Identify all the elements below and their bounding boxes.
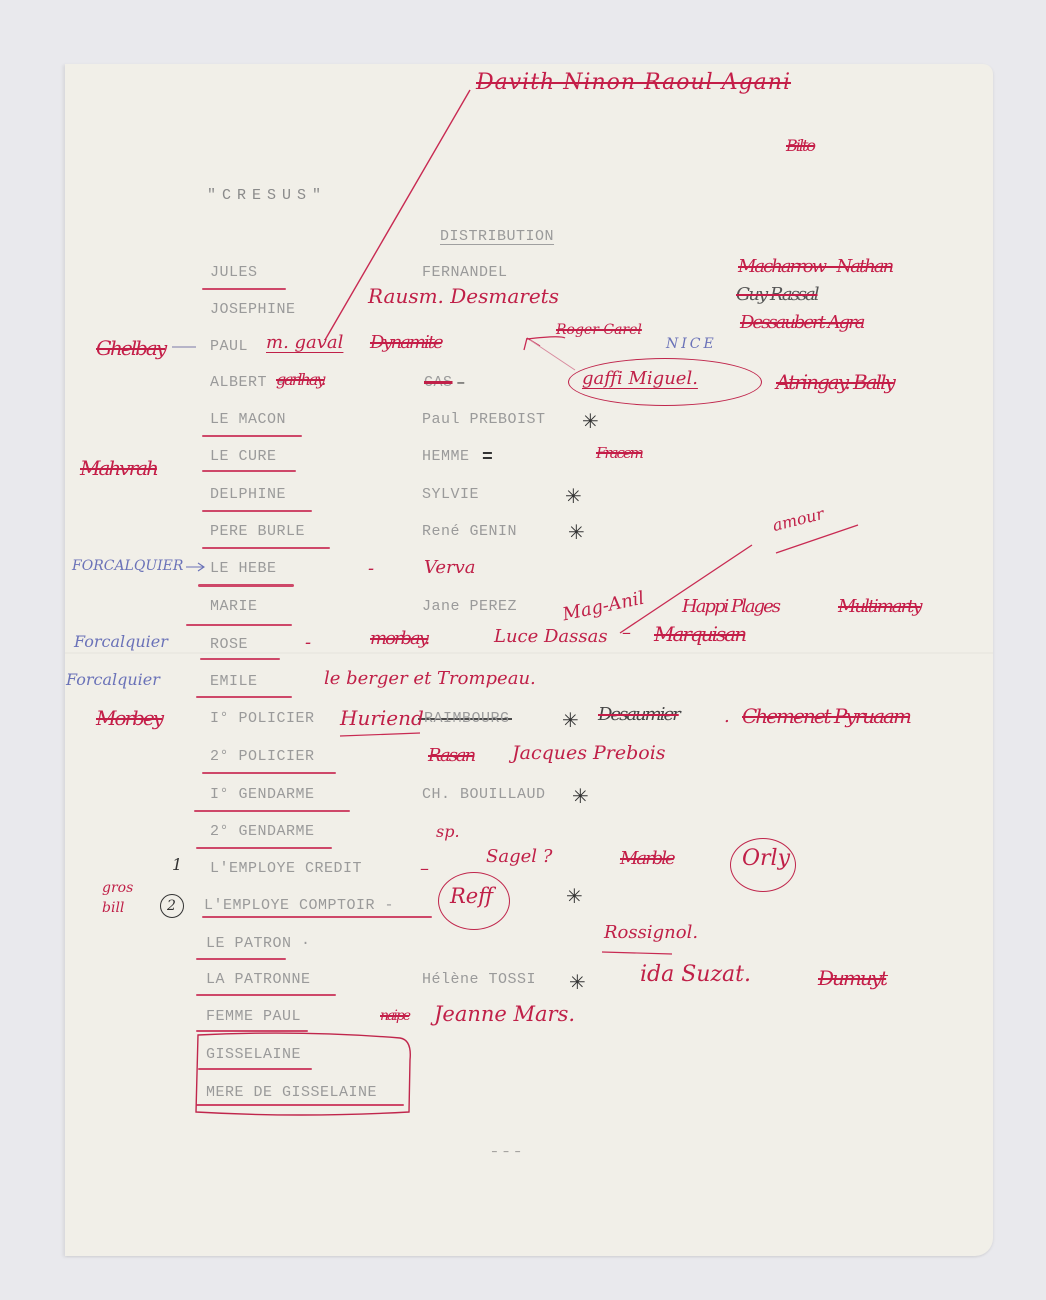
note-hebe: Verva [424, 557, 476, 578]
circle-mark [730, 838, 796, 892]
note-sp: sp. [436, 822, 460, 841]
dash: - [368, 558, 374, 579]
actor-fernandel: FERNANDEL [422, 264, 508, 281]
struck-note-top: Davith Ninon Raoul Agani [476, 70, 791, 95]
note-credit-struck: Marble [620, 848, 674, 869]
role-femme-paul: FEMME PAUL [206, 1008, 301, 1025]
role-la-patronne: LA PATRONNE [206, 971, 311, 988]
note-femme-paul-struck: naipe [380, 1008, 409, 1024]
note-sagel: Sagel ? [486, 846, 552, 867]
note-right-struck-3: Dessaubert Agra [740, 312, 863, 333]
note-emile: le berger et Trompeau. [324, 668, 536, 689]
note-forcalquier-3: Forcalquier [66, 670, 160, 689]
role-paul: PAUL [210, 338, 248, 355]
note-policier-struck-2: Chemenet Pyruaam [742, 704, 910, 728]
note-left-struck-3: Morbey [96, 706, 162, 730]
note-rose: Luce Dassas [494, 626, 608, 647]
role-underline [196, 994, 336, 996]
note-femme-paul: Jeanne Mars. [434, 1002, 575, 1026]
actor-bouillaud: CH. BOUILLAUD [422, 786, 546, 803]
role-emile: EMILE [210, 673, 258, 690]
asterisk-mark: ✳ [572, 784, 589, 808]
role-underline [200, 658, 280, 660]
note-policier-1: Huriend [340, 706, 424, 730]
role-pere-burle: PERE BURLE [210, 523, 305, 540]
role-le-hebe: LE HEBE [210, 560, 277, 577]
role-policier-2: 2° POLICIER [210, 748, 315, 765]
role-underline [198, 1068, 312, 1070]
role-underline [202, 470, 296, 472]
role-underline [186, 624, 292, 626]
note-ida-struck: Dumuyt [818, 966, 886, 990]
note-forcalquier-2: Forcalquier [74, 632, 168, 651]
actor-hemme: HEMME [422, 448, 470, 465]
role-josephine: JOSEPHINE [210, 301, 296, 318]
role-underline [194, 810, 350, 812]
asterisk-mark: ✳ [566, 884, 583, 908]
note-policier-2: Jacques Prebois [512, 742, 666, 764]
note-policier-2-struck: Rasan [428, 745, 474, 766]
role-employe-credit: L'EMPLOYE CREDIT [210, 860, 362, 877]
asterisk-mark: ✳ [565, 484, 582, 508]
role-gendarme-1: I° GENDARME [210, 786, 315, 803]
role-albert: ALBERT - [210, 374, 286, 391]
actor-raimbourg: RAIMBOURG [424, 710, 510, 727]
actor-preboist: Paul PREBOIST [422, 411, 546, 428]
role-mere-gisselaine: MERE DE GISSELAINE [206, 1084, 377, 1101]
asterisk-mark: ✳ [582, 409, 599, 433]
role-marie: MARIE [210, 598, 258, 615]
note-policier-struck-1: Desaumier [598, 704, 679, 725]
role-le-patron: LE PATRON · [206, 935, 311, 952]
note-right-struck-2: Guy Rassal [736, 284, 818, 305]
note-left-struck-1: Ghelbay [96, 336, 165, 360]
actor-genin: René GENIN [422, 523, 517, 540]
struck-note-top-2: Bilto [786, 136, 814, 155]
asterisk-mark: ✳ [569, 970, 586, 994]
role-underline [202, 547, 330, 549]
role-underline [198, 584, 294, 587]
role-underline [202, 288, 286, 290]
note-paul-2-struck: Dynamite [370, 332, 442, 353]
dash: = [482, 448, 493, 468]
note-ida: ida Suzat. [640, 962, 751, 987]
actor-cas: CAS [424, 374, 453, 391]
circle-mark [160, 894, 184, 918]
role-le-macon: LE MACON [210, 411, 286, 428]
note-rose-struck: morbay. [370, 628, 428, 649]
note-forcalquier-1: FORCALQUIER [72, 558, 183, 574]
role-employe-comptoir: L'EMPLOYE COMPTOIR - [204, 897, 394, 914]
note-paul-3-struck: Roger Carel [556, 322, 642, 338]
note-marie-struck-2: Multimarty [838, 596, 921, 617]
dot: . [724, 706, 730, 727]
asterisk-mark: ✳ [568, 520, 585, 544]
note-cure-struck: Fracem [596, 444, 642, 462]
note-gros-bill: gros bill [102, 878, 142, 918]
dash: – [622, 622, 631, 643]
note-albert-struck: garlhay. [276, 370, 324, 389]
role-le-cure: LE CURE [210, 448, 277, 465]
note-number-1: 1 [172, 855, 182, 874]
role-underline [196, 847, 332, 849]
role-underline [202, 916, 432, 918]
note-paul-1: m. gaval [266, 332, 343, 353]
role-underline [196, 1104, 404, 1106]
circle-mark [438, 872, 510, 930]
note-right-struck-1: Macharrow - Nathan [738, 256, 892, 277]
role-delphine: DELPHINE [210, 486, 286, 503]
role-rose: ROSE [210, 636, 248, 653]
circle-mark [568, 358, 762, 406]
asterisk-mark: ✳ [562, 708, 579, 732]
actor-perez: Jane PEREZ [422, 598, 517, 615]
actor-sylvie: SYLVIE [422, 486, 479, 503]
note-right-struck-4: Atringay. Bally [776, 370, 894, 394]
role-jules: JULES [210, 264, 258, 281]
role-underline [196, 958, 286, 960]
dash: – [456, 374, 466, 392]
role-underline [202, 510, 312, 512]
note-marie-struck-1: Happi Plages [682, 596, 779, 617]
role-gisselaine: GISSELAINE [206, 1046, 301, 1063]
document-title: "CRESUS" [207, 187, 327, 204]
note-rose-struck-2: Marquisan [654, 622, 745, 646]
dash: – [420, 858, 429, 879]
footer-mark: — — — [492, 1148, 521, 1157]
role-policier-1: I° POLICIER [210, 710, 315, 727]
actor-tossi: Hélène TOSSI [422, 971, 536, 988]
note-josephine: Rausm. Desmarets [368, 284, 559, 308]
note-rossignol: Rossignol. [604, 922, 698, 943]
distribution-heading: DISTRIBUTION [440, 228, 554, 245]
role-underline [196, 696, 292, 698]
role-underline [196, 1030, 308, 1032]
note-left-struck-2: Mahvrah [80, 456, 157, 480]
role-underline [202, 772, 336, 774]
note-nice: NICE [666, 336, 717, 352]
role-underline [202, 435, 302, 437]
role-gendarme-2: 2° GENDARME [210, 823, 315, 840]
dash: - [305, 632, 311, 653]
